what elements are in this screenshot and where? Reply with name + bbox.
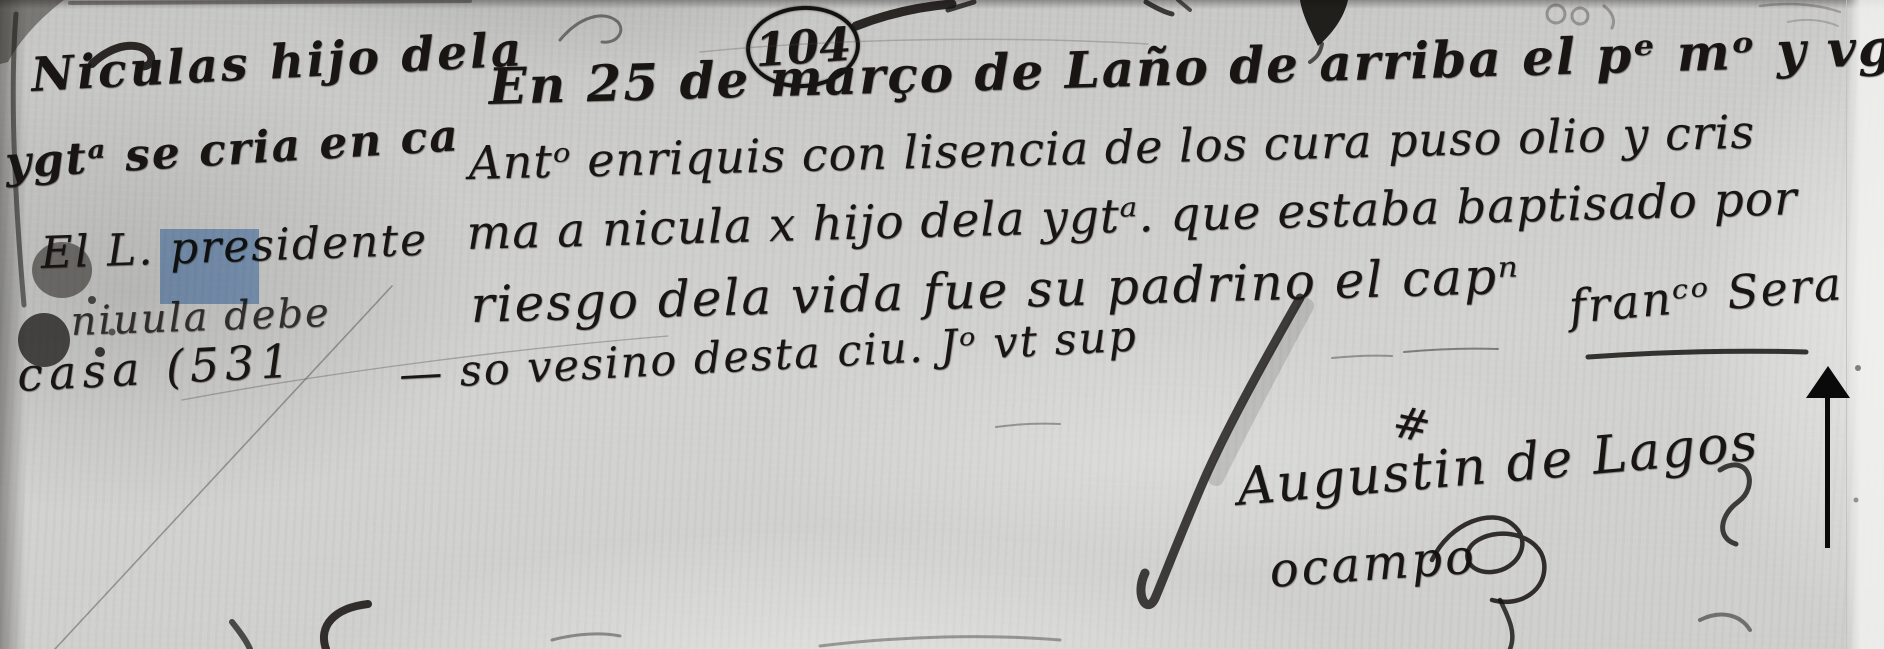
margin-note-line: ygtᵃ se cria en ca: [4, 114, 461, 186]
signature-surname: ocampo: [1268, 533, 1478, 595]
margin-note-folio-line: casa (531: [16, 337, 297, 398]
paper-edge-top: [0, 0, 1884, 9]
up-arrow-annotation: [1806, 366, 1850, 548]
index-highlight[interactable]: [160, 229, 259, 304]
up-arrow-head: [1806, 366, 1850, 398]
scan-edge-strip: [1846, 0, 1884, 649]
entry-text-line: En 25 de março de Laño de arriba el pᵉ m…: [488, 20, 1884, 112]
signature-name: Augustin de Lagos: [1235, 416, 1761, 513]
up-arrow-shaft: [1825, 394, 1830, 548]
next-entry-partial-strokes: [232, 604, 1060, 649]
document-scan: 104 Niculas hijo dela ygtᵃ se cria en ca…: [0, 0, 1884, 649]
paper-edge-left: [0, 0, 26, 649]
entry-text-line: Antᵒ enriquis con lisencia de los cura p…: [468, 109, 1756, 186]
entry-text-line: ma a nicula x hijo dela ygtᵃ. que estaba…: [466, 175, 1798, 257]
margin-note-line: Niculas hijo dela: [30, 26, 525, 99]
signature-rubric: [1432, 517, 1750, 649]
entry-text-fragment: franᶜᵒ Sera: [1567, 260, 1845, 330]
